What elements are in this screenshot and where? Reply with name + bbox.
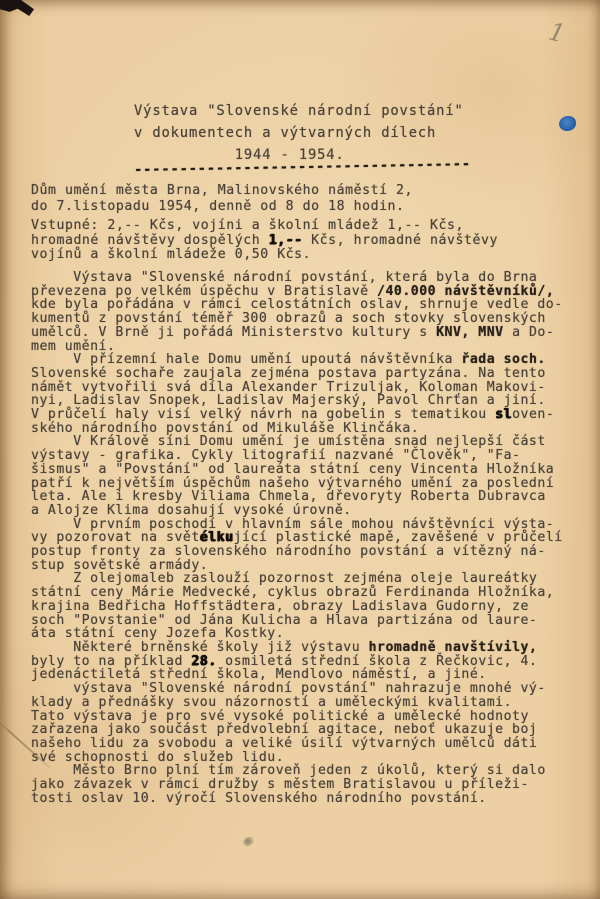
text-segment: 1,-- xyxy=(269,233,303,248)
text-segment: Dům umění města Brna, Malinovského náměs… xyxy=(31,183,413,198)
venue-address-block: Dům umění města Brna, Malinovského náměs… xyxy=(31,183,413,214)
admission-info-block: Vstupné: 2,-- Kčs, vojíni a školní mláde… xyxy=(31,219,498,263)
text-line: jako závazek v rámci družby s městem Bra… xyxy=(31,778,593,792)
text-line: kumentů z povstání téměř 300 obrazů a so… xyxy=(31,312,593,326)
text-line: vy pozorovat na světélkující plastické m… xyxy=(31,531,593,545)
text-line: áta státní ceny Jozefa Kostky. xyxy=(31,627,593,641)
text-segment: tosti oslav 10. výročí Slovenského národ… xyxy=(31,791,487,806)
text-line: Výstava "Slovenské národní povstání" xyxy=(134,100,471,122)
text-line: výstava "Slovenské národní povstání" nah… xyxy=(31,682,593,696)
scanned-document-page: 1 Výstava "Slovenské národní povstání"v … xyxy=(0,0,600,899)
text-line: výstavy - grafika. Cykly litografií nazv… xyxy=(31,449,593,463)
admission-info: Vstupné: 2,-- Kčs, vojíni a školní mláde… xyxy=(31,219,498,263)
text-line: hromadné návštěvy dospělých 1,-- Kčs, hr… xyxy=(31,234,498,249)
text-line: Slovenské sochaře zaujala zejména postav… xyxy=(31,367,593,381)
text-line: šismus" a "Povstání" od laureáta státní … xyxy=(31,463,593,477)
text-line: V průčelí haly visí velký návrh na gobel… xyxy=(31,408,593,422)
text-segment: Vstupné: 2,-- Kčs, vojíni a školní mláde… xyxy=(31,218,464,233)
text-line: postup fronty za slovenského národního p… xyxy=(31,545,593,559)
text-line: a Alojze Klima dosahují vysoké úrovně. xyxy=(31,504,593,518)
text-line: státní ceny Márie Medvecké, cyklus obraz… xyxy=(31,586,593,600)
text-segment: vojínů a školní mládeže 0,50 Kčs. xyxy=(31,247,311,262)
text-line: leta. Ale i kresby Viliama Chmela, dřevo… xyxy=(31,490,593,504)
text-segment: KNV, MNV xyxy=(436,325,504,340)
text-segment: hromadné návštěvy dospělých xyxy=(31,233,269,248)
text-segment: v dokumentech a výtvarných dílech xyxy=(134,125,436,141)
text-segment: do 7.listopadu 1954, denně od 8 do 18 ho… xyxy=(31,199,405,214)
text-line: umělců. V Brně ji pořádá Ministerstvo ku… xyxy=(31,326,593,340)
dashed-underline: ------------------------------------- xyxy=(134,153,471,181)
text-line: Výstava "Slovenské národní povstání, kte… xyxy=(31,271,593,285)
text-segment: Kčs, hromadné návštěvy xyxy=(303,233,498,248)
text-line: zařazena jako součást předvolební agitac… xyxy=(31,723,593,737)
text-segment: Výstava "Slovenské národní povstání" xyxy=(134,103,464,119)
document-title-block: Výstava "Slovenské národní povstání"v do… xyxy=(134,100,471,181)
text-line: našeho lidu za svobodu a veliké úsilí vý… xyxy=(31,737,593,751)
text-line: Město Brno plní tím zároveň jeden z úkol… xyxy=(31,764,593,778)
text-line: V přízemní hale Domu umění upoutá návště… xyxy=(31,353,593,367)
body-paragraphs: Výstava "Slovenské národní povstání, kte… xyxy=(31,271,593,805)
text-segment: a Do- xyxy=(504,325,555,340)
text-line: do 7.listopadu 1954, denně od 8 do 18 ho… xyxy=(31,199,413,215)
text-line: vojínů a školní mládeže 0,50 Kčs. xyxy=(31,248,498,263)
text-line: krajina Bedřicha Hoffstädtera, obrazy La… xyxy=(31,600,593,614)
text-segment: sl xyxy=(495,407,512,422)
text-line: v dokumentech a výtvarných dílech xyxy=(134,122,471,144)
text-line: nyi, Ladislav Snopek, Ladislav Majerský,… xyxy=(31,394,593,408)
text-segment: oven- xyxy=(512,407,554,422)
text-line: tosti oslav 10. výročí Slovenského národ… xyxy=(31,792,593,806)
blue-ink-dot xyxy=(559,116,576,131)
document-body: Výstava "Slovenské národní povstání, kte… xyxy=(31,271,593,805)
text-line: Některé brněnské školy již výstavu hroma… xyxy=(31,641,593,655)
venue-address: Dům umění města Brna, Malinovského náměs… xyxy=(31,183,413,214)
text-line: Vstupné: 2,-- Kčs, vojíni a školní mláde… xyxy=(31,219,498,234)
text-line: klady a přednášky svou názorností a uměl… xyxy=(31,696,593,710)
text-line: Dům umění města Brna, Malinovského náměs… xyxy=(31,183,413,199)
